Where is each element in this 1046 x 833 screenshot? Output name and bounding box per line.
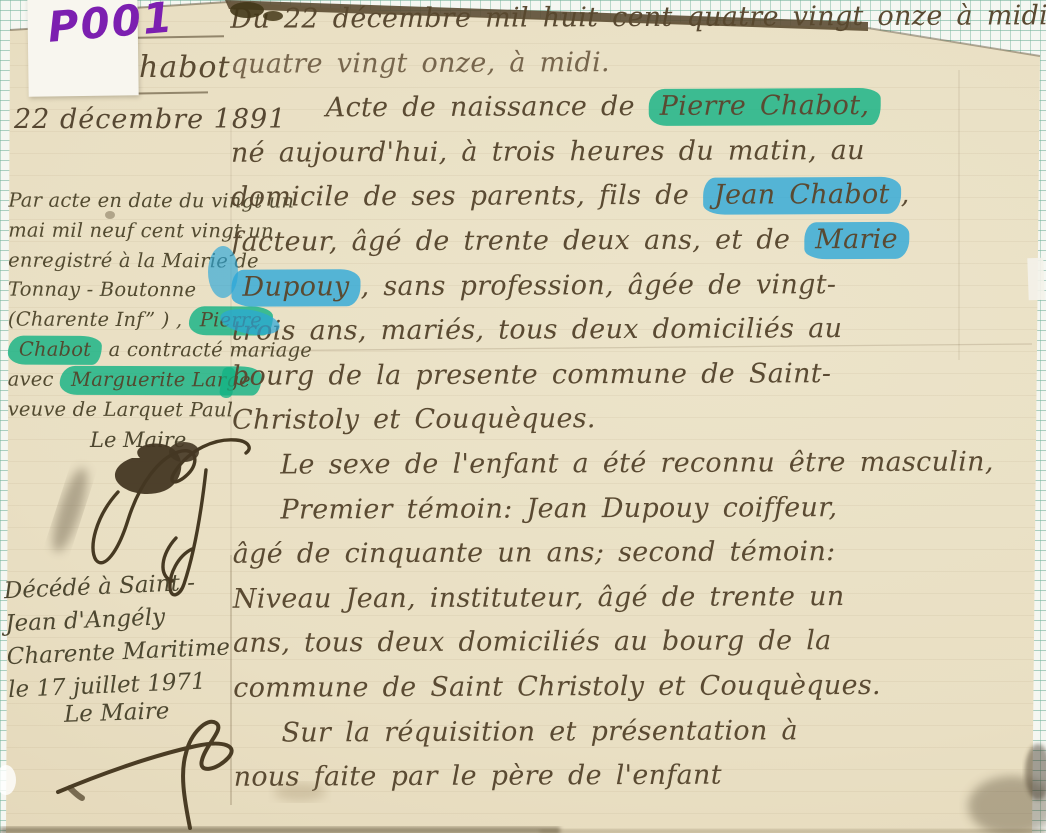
text-line: enregistré à la Mairie de xyxy=(8,245,236,276)
text-line: Tonnay - Boutonne xyxy=(8,275,236,306)
scanned-birth-record: habot 22 décembre 1891 Par acte en date … xyxy=(0,0,1046,833)
text-line: Christoly et Couquèques. xyxy=(232,396,1042,444)
text-line: facteur, âgé de trente deux ans, et de M… xyxy=(231,217,1041,265)
handwritten-text: Le sexe de l'enfant a été reconnu être m… xyxy=(280,446,994,480)
text-line: Chabot a contracté mariage xyxy=(8,335,236,366)
handwritten-text: enregistré à la Mairie de xyxy=(8,248,259,272)
handwritten-text: facteur, âgé de trente deux ans, et de xyxy=(231,224,804,257)
blue-highlighted-text: Marie xyxy=(804,222,909,259)
handwritten-text: veuve de Larquet Paul xyxy=(8,397,234,421)
handwritten-text: domicile de ses parents, fils de xyxy=(231,180,703,213)
text-line: (Charente Inf” ) , Pierre xyxy=(8,305,236,336)
handwritten-text: né aujourd'hui, à trois heures du matin,… xyxy=(231,135,865,169)
handwritten-text: âgé de cinquante un ans; second témoin: xyxy=(233,536,836,570)
green-highlighted-text: Chabot xyxy=(8,336,102,365)
handwritten-text: Premier témoin: Jean Dupouy coiffeur, xyxy=(280,492,837,525)
handwritten-text: Charente Maritime xyxy=(6,634,230,670)
archive-sticky-label: P001 xyxy=(27,0,138,97)
handwritten-text: ans, tous deux domiciliés au bourg de la xyxy=(233,625,832,659)
text-line: Dupouy, sans profession, âgée de vingt- xyxy=(231,262,1041,310)
blue-highlighted-text: Dupouy xyxy=(231,269,360,307)
act-body-text: Du 22 décembre mil huit cent quatre ving… xyxy=(230,0,1043,800)
handwritten-text: bourg de la presente commune de Saint- xyxy=(232,358,832,392)
text-line: ans, tous deux domiciliés au bourg de la xyxy=(233,619,1043,667)
text-line: Acte de naissance de Pierre Chabot, xyxy=(231,83,1041,131)
text-line: Niveau Jean, instituteur, âgé de trente … xyxy=(233,574,1043,622)
handwritten-text: le 17 juillet 1971 xyxy=(8,668,207,703)
text-line: Par acte en date du vingt un xyxy=(8,186,236,217)
death-note-signoff: Le Maire xyxy=(64,698,170,728)
green-highlighted-text: Pierre Chabot, xyxy=(649,88,881,126)
text-line: Le sexe de l'enfant a été reconnu être m… xyxy=(232,440,1042,488)
handwritten-text: Sur la réquisition et présentation à xyxy=(281,715,798,748)
text-line: commune de Saint Christoly et Couquèques… xyxy=(233,663,1043,711)
handwritten-text: Christoly et Couquèques. xyxy=(232,404,596,437)
blue-highlighted-text: Jean Chabot xyxy=(703,177,901,215)
handwritten-text: Tonnay - Boutonne xyxy=(8,278,196,302)
text-line: avec Marguerite Large xyxy=(8,364,236,395)
text-line: domicile de ses parents, fils de Jean Ch… xyxy=(231,173,1041,221)
handwritten-text: nous faite par le père de l'enfant xyxy=(234,760,722,793)
text-line: Sur la réquisition et présentation à xyxy=(233,708,1043,756)
handwritten-text: Du 22 décembre mil huit cent quatre ving… xyxy=(230,0,1046,35)
text-line: né aujourd'hui, à trois heures du matin,… xyxy=(231,128,1041,176)
handwritten-text: Acte de naissance de xyxy=(326,91,649,123)
handwritten-text: commune de Saint Christoly et Couquèques… xyxy=(233,670,881,704)
handwritten-text: quatre vingt onze, à midi. xyxy=(230,47,609,80)
handwritten-text: avec xyxy=(8,367,60,390)
margin-death-note: Décédé à Saint -Jean d'AngélyCharente Ma… xyxy=(3,565,245,707)
margin-name-fragment: habot xyxy=(139,50,231,85)
marriage-note-signoff: Le Maire xyxy=(90,428,186,452)
text-line: mai mil neuf cent vingt un xyxy=(8,215,236,246)
text-line: trois ans, mariés, tous deux domiciliés … xyxy=(232,306,1042,354)
text-line: Premier témoin: Jean Dupouy coiffeur, xyxy=(232,485,1042,533)
handwritten-text: Niveau Jean, instituteur, âgé de trente … xyxy=(233,581,845,615)
text-line: nous faite par le père de l'enfant xyxy=(234,752,1044,800)
text-line: quatre vingt onze, à midi. xyxy=(230,39,1040,87)
text-line: veuve de Larquet Paul xyxy=(8,394,236,425)
handwritten-text: , xyxy=(901,179,910,210)
margin-marriage-note: Par acte en date du vingt unmai mil neuf… xyxy=(8,186,237,425)
text-line: âgé de cinquante un ans; second témoin: xyxy=(233,529,1043,577)
handwritten-text: , sans profession, âgée de vingt- xyxy=(360,269,836,302)
handwritten-text: Décédé à Saint - xyxy=(3,570,195,604)
text-line: bourg de la presente commune de Saint- xyxy=(232,351,1042,399)
handwritten-text: trois ans, mariés, tous deux domiciliés … xyxy=(232,313,843,347)
text-line: Du 22 décembre mil huit cent quatre ving… xyxy=(230,0,1040,42)
handwritten-text: Jean d'Angély xyxy=(5,604,166,637)
handwritten-text: (Charente Inf” ) , xyxy=(8,308,189,332)
